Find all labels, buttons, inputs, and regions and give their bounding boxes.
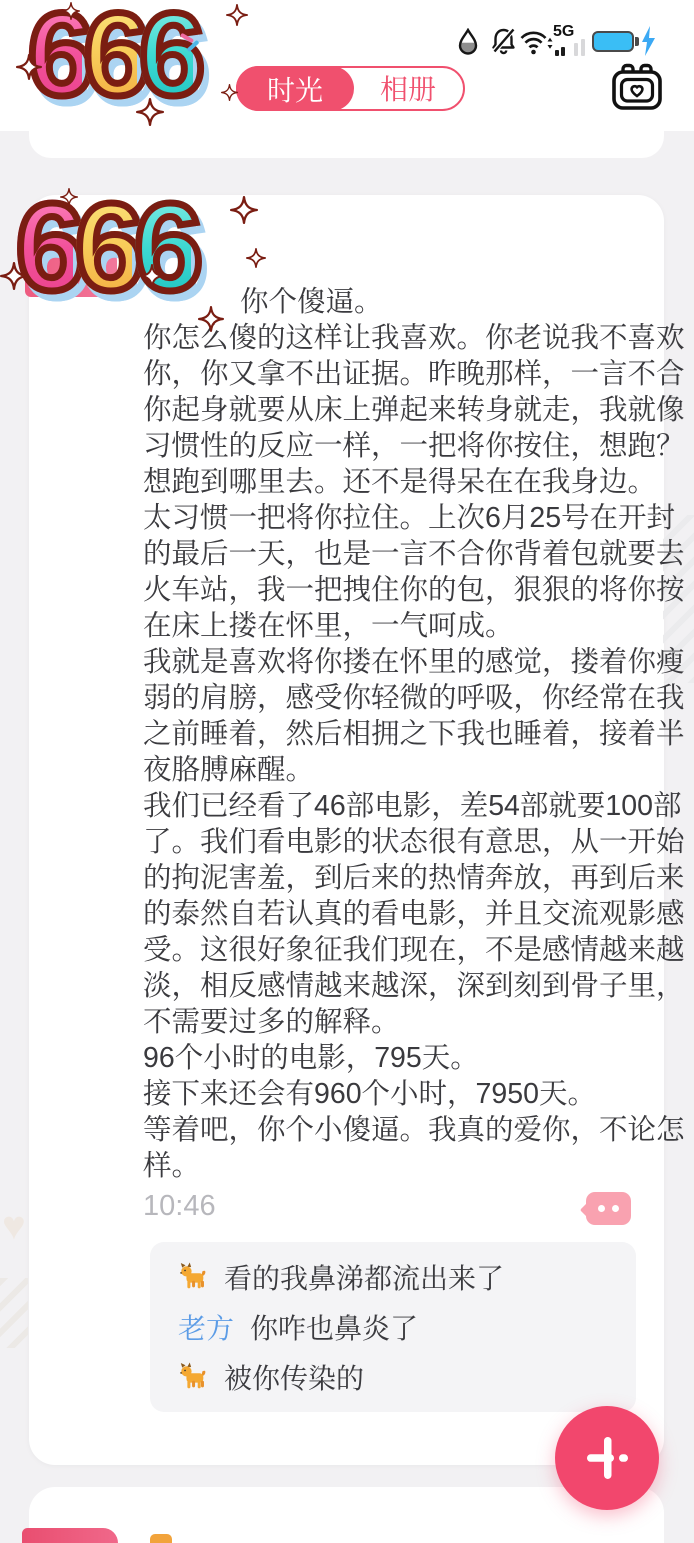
signal-5g-icon: 5G — [553, 25, 591, 57]
sticker-digit: 6 — [82, 0, 138, 120]
tab-album[interactable]: 相册 — [353, 68, 463, 108]
post-text-line: 想跑到哪里去。还不是得呆在在我身边。 — [143, 464, 643, 500]
tab-switcher: 时光 相册 — [236, 66, 465, 111]
post-text-line: 我们已经看了46部电影，差54部就要100部 — [143, 788, 643, 824]
sticker-666: 666 — [14, 180, 191, 316]
network-type-label: 5G — [553, 23, 574, 41]
comment-text: 你咋也鼻炎了 — [250, 1307, 418, 1347]
dog-emoji-icon — [178, 1362, 208, 1392]
sticker-666: 666 — [26, 0, 193, 120]
post-text-line: 接下来还会有960个小时，7950天。 — [143, 1076, 643, 1112]
post-text-line: 习惯性的反应一样，一把将你按住，想跑？ — [143, 428, 643, 464]
sparkle-icon — [136, 98, 164, 126]
post-text-line: 的最后一天，也是一言不合你背着包就要去 — [143, 536, 643, 572]
post-text-line: 淡，相反感情越来越深，深到刻到骨子里， — [143, 968, 643, 1004]
sparkle-icon — [60, 188, 78, 206]
sparkle-icon — [230, 196, 258, 224]
post-text-line: 的拘泥害羞，到后来的热情奔放，再到后来 — [143, 860, 643, 896]
post-text-line: 夜胳膊麻醒。 — [143, 752, 643, 788]
previous-post-card-bottom — [29, 131, 664, 158]
comment-row[interactable]: 看的我鼻涕都流出来了 — [178, 1252, 636, 1302]
lightning-icon — [641, 26, 656, 56]
next-post-dog-emoji-fragment — [150, 1534, 172, 1543]
tab-timeline[interactable]: 时光 — [236, 66, 354, 111]
sticker-digit: 6 — [73, 180, 132, 316]
tab-timeline-label: 时光 — [267, 69, 323, 109]
comment-text: 被你传染的 — [224, 1357, 364, 1397]
heart-watermark-icon: ♥ — [2, 1204, 26, 1249]
sparkle-icon — [246, 248, 266, 268]
comment-row[interactable]: 被你传染的 — [178, 1352, 636, 1402]
post-text-line: 受。这很好象征我们现在，不是感情越来越 — [143, 932, 643, 968]
water-drop-icon — [457, 28, 479, 56]
sparkle-icon — [226, 4, 248, 26]
next-post-card-top — [29, 1487, 664, 1543]
tab-album-label: 相册 — [380, 68, 436, 108]
post-text-line: 样。 — [143, 1148, 643, 1184]
stripes-watermark — [0, 1278, 28, 1348]
plus-icon — [581, 1432, 633, 1484]
post-text: 你个傻逼。你怎么傻的这样让我喜欢。你老说我不喜欢你，你又拿不出证据。昨晚那样，一… — [143, 284, 643, 1184]
post-text-line: 太习惯一把将你拉住。上次6月25号在开封 — [143, 500, 643, 536]
post-text-line: 火车站，我一把拽住你的包，狠狠的将你按 — [143, 572, 643, 608]
comment-bubble-icon[interactable] — [586, 1192, 631, 1225]
sparkle-icon — [221, 84, 238, 101]
sparkle-icon — [198, 306, 224, 332]
post-text-line: 你起身就要从床上弹起来转身就走，我就像 — [143, 392, 643, 428]
post-text-line: 弱的肩膀，感受你轻微的呼吸，你经常在我 — [143, 680, 643, 716]
sparkle-icon — [62, 2, 80, 20]
comment-row[interactable]: 老方你咋也鼻炎了 — [178, 1302, 636, 1352]
sparkle-icon — [16, 54, 42, 80]
dog-emoji-icon — [178, 1262, 208, 1292]
post-text-line: 在床上搂在怀里，一气呵成。 — [143, 608, 643, 644]
post-text-line: 我就是喜欢将你搂在怀里的感觉，搂着你瘦 — [143, 644, 643, 680]
comment-text: 看的我鼻涕都流出来了 — [224, 1257, 504, 1297]
heart-camera-icon[interactable] — [611, 61, 663, 111]
post-text-line: 的泰然自若认真的看电影，并且交流观影感 — [143, 896, 643, 932]
post-text-line: 了。我们看电影的状态很有意思，从一开始 — [143, 824, 643, 860]
comment-box: 看的我鼻涕都流出来了老方你咋也鼻炎了被你传染的 — [150, 1242, 636, 1412]
post-text-line: 96个小时的电影，795天。 — [143, 1040, 643, 1076]
mute-bell-icon — [490, 26, 517, 56]
post-text-line: 不需要过多的解释。 — [143, 1004, 643, 1040]
post-timestamp: 10:46 — [143, 1190, 216, 1223]
sticker-digit: 6 — [132, 180, 191, 316]
post-text-line: 等着吧，你个小傻逼。我真的爱你，不论怎 — [143, 1112, 643, 1148]
post-text-line: 你，你又拿不出证据。昨晚那样，一言不合 — [143, 356, 643, 392]
battery-charging-icon — [592, 31, 634, 52]
wifi-icon — [519, 29, 554, 56]
next-post-date-badge — [22, 1528, 118, 1543]
sparkle-icon — [140, 264, 164, 288]
battery-cap — [635, 37, 639, 46]
post-text-line: 之前睡着，然后相拥之下我也睡着，接着半 — [143, 716, 643, 752]
sparkle-icon — [0, 262, 28, 290]
add-post-fab[interactable] — [555, 1406, 659, 1510]
comment-author[interactable]: 老方 — [178, 1307, 234, 1347]
